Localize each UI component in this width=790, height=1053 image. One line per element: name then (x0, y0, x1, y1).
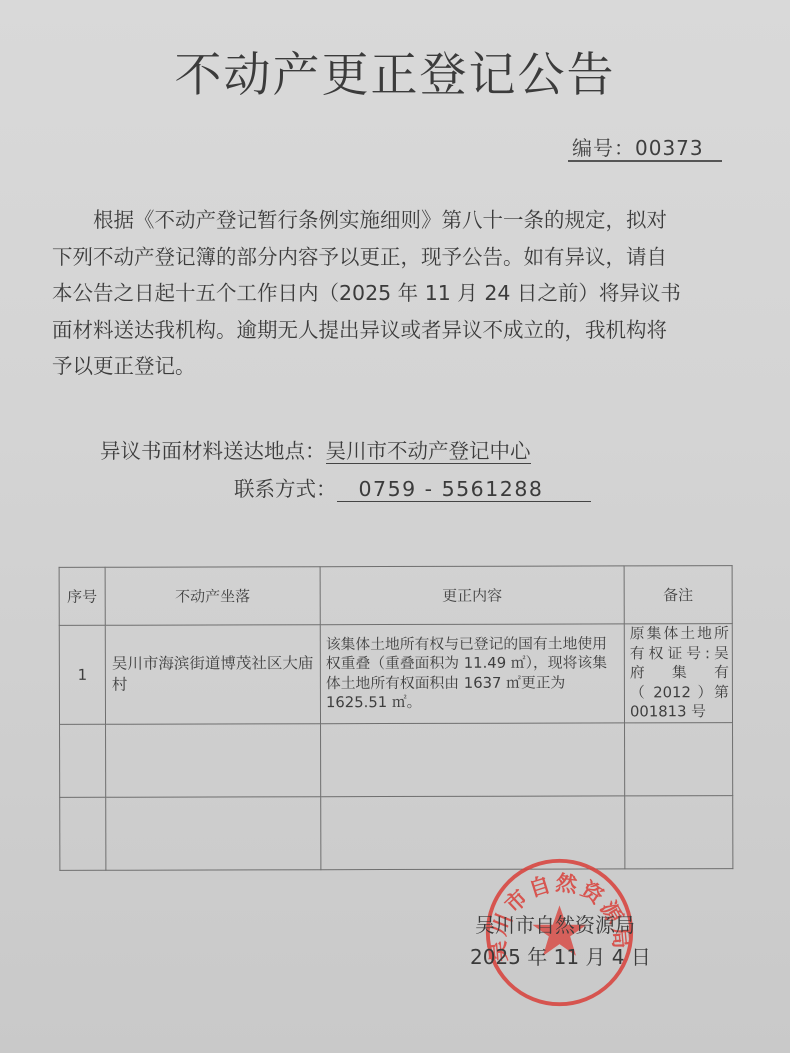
cell-content: 该集体土地所有权与已登记的国有土地使用权重叠（重叠面积为 11.49 ㎡），现将… (320, 624, 624, 723)
cell-location (106, 723, 321, 797)
cell-no (60, 724, 106, 797)
header-location: 不动产坐落 (105, 567, 320, 626)
table-row (60, 722, 733, 797)
body-line: 予以更正登记。 (52, 348, 732, 385)
serial-number: 编号：00373 (568, 136, 722, 162)
header-content: 更正内容 (320, 566, 624, 625)
cell-note (625, 722, 733, 795)
body-line: 本公告之日起十五个工作日内（2025 年 11 月 24 日之前）将异议书 (52, 275, 732, 312)
note-line: 原集体土地所 (630, 624, 729, 644)
cell-note: 原集体土地所 有权证号:吴 府 集 有 （ 2012 ）第 001813 号 (624, 624, 732, 723)
page-title: 不动产更正登记公告 (0, 38, 790, 105)
signing-date: 2025 年 11 月 4 日 (470, 941, 651, 973)
cell-no (60, 797, 106, 870)
contact-phone: 0759 - 5561288 (337, 477, 591, 502)
table-header-row: 序号 不动产坐落 更正内容 备注 (59, 566, 732, 626)
objection-address-row: 异议书面材料送达地点：吴川市不动产登记中心 (100, 434, 531, 464)
header-note: 备注 (624, 566, 732, 624)
cell-location (106, 796, 321, 870)
signature-block: 吴川市自然资源局 2025 年 11 月 4 日 (470, 909, 651, 973)
note-line: 有权证号:吴 (630, 644, 729, 664)
body-line: 面材料送达我机构。逾期无人提出异议或者异议不成立的，我机构将 (52, 312, 732, 349)
body-line: 根据《不动产登记暂行条例实施细则》第八十一条的规定，拟对 (52, 202, 732, 239)
note-line: （ 2012 ）第 (630, 683, 729, 703)
contact-row: 联系方式：0759 - 5561288 (234, 472, 591, 502)
contact-label: 联系方式： (234, 472, 337, 502)
cell-content (321, 722, 625, 796)
header-no: 序号 (59, 567, 105, 625)
notice-page: 不动产更正登记公告 编号：00373 根据《不动产登记暂行条例实施细则》第八十一… (0, 0, 790, 1053)
note-line: 府 集 有 (630, 663, 729, 683)
notice-body: 根据《不动产登记暂行条例实施细则》第八十一条的规定，拟对 下列不动产登记簿的部分… (52, 202, 732, 385)
signing-organization: 吴川市自然资源局 (470, 909, 651, 941)
table-row: 1 吴川市海滨街道博茂社区大庙村 该集体土地所有权与已登记的国有土地使用权重叠（… (59, 624, 732, 724)
cell-location: 吴川市海滨街道博茂社区大庙村 (105, 625, 320, 724)
cell-note (625, 795, 733, 868)
objection-address-label: 异议书面材料送达地点： (100, 434, 326, 464)
objection-address-value: 吴川市不动产登记中心 (326, 439, 531, 464)
note-line: 001813 号 (630, 702, 729, 722)
correction-table: 序号 不动产坐落 更正内容 备注 1 吴川市海滨街道博茂社区大庙村 该集体土地所… (59, 565, 734, 870)
cell-no: 1 (59, 625, 105, 724)
body-line: 下列不动产登记簿的部分内容予以更正，现予公告。如有异议，请自 (52, 239, 732, 276)
